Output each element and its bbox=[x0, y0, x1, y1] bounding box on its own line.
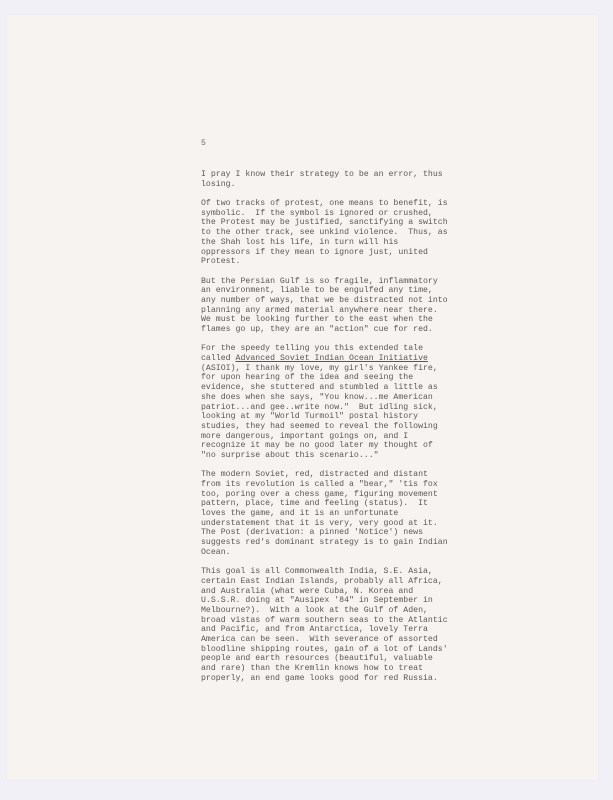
text-line: This goal is all Commonwealth India, S.E… bbox=[201, 567, 481, 577]
text-segment: too, poring over a chess game, figuring … bbox=[201, 490, 438, 499]
text-line: But the Persian Gulf is so fragile, infl… bbox=[201, 277, 481, 287]
text-segment: Protest. bbox=[201, 257, 240, 266]
text-line: and rare) than the Kremlin knows how to … bbox=[201, 664, 481, 674]
text-line: properly, an end game looks good for red… bbox=[201, 674, 481, 684]
text-line: The modern Soviet, red, distracted and d… bbox=[201, 470, 481, 480]
text-line: looking at my "World Turmoil" postal his… bbox=[201, 412, 481, 422]
text-line: symbolic. If the symbol is ignored or cr… bbox=[201, 209, 481, 219]
text-segment: But the Persian Gulf is so fragile, infl… bbox=[201, 277, 438, 286]
text-segment: the Shah lost his life, in turn will his bbox=[201, 238, 398, 247]
underlined-title: Advanced Soviet Indian Ocean Initiative bbox=[236, 354, 428, 363]
text-segment: This goal is all Commonwealth India, S.E… bbox=[201, 567, 433, 576]
text-segment: Ocean. bbox=[201, 548, 231, 557]
text-line: certain East Indian Islands, probably al… bbox=[201, 577, 481, 587]
text-line: flames go up, they are an "action" cue f… bbox=[201, 325, 481, 335]
document-page: 5 I pray I know their strategy to be an … bbox=[7, 15, 598, 780]
text-line: losing. bbox=[201, 180, 481, 190]
text-line: Of two tracks of protest, one means to b… bbox=[201, 199, 481, 209]
text-segment: Melbourne?). With a look at the Gulf of … bbox=[201, 606, 428, 615]
text-segment: U.S.S.R. doing at "Ausipex '84" in Septe… bbox=[201, 596, 433, 605]
text-segment: The Post (derivation: a pinned 'Notice')… bbox=[201, 528, 423, 537]
text-segment: For the speedy telling you this extended… bbox=[201, 344, 423, 353]
text-line: bloodline shipping routes, gain of a lot… bbox=[201, 645, 481, 655]
text-segment: for upon hearing of the idea and seeing … bbox=[201, 373, 413, 382]
text-line: patriot...and gee..write now." But idlin… bbox=[201, 403, 481, 413]
text-segment: studies, they had seemed to reveal the f… bbox=[201, 422, 438, 431]
text-segment: people and earth resources (beautiful, v… bbox=[201, 654, 433, 663]
text-segment: broad vistas of warm southern seas to th… bbox=[201, 616, 448, 625]
text-line: I pray I know their strategy to be an er… bbox=[201, 170, 481, 180]
text-line: oppressors if they mean to ignore just, … bbox=[201, 248, 481, 258]
text-segment: and Australia (what were Cuba, N. Korea … bbox=[201, 587, 413, 596]
paragraph: The modern Soviet, red, distracted and d… bbox=[201, 470, 481, 557]
text-line: planning any armed material anywhere nea… bbox=[201, 306, 481, 316]
text-segment: loves the game, and it is an unfortunate bbox=[201, 509, 398, 518]
text-segment: and rare) than the Kremlin knows how to … bbox=[201, 664, 423, 673]
text-segment: evidence, she stuttered and stumbled a l… bbox=[201, 383, 438, 392]
text-line: understatement that it is very, very goo… bbox=[201, 519, 481, 529]
text-line: Melbourne?). With a look at the Gulf of … bbox=[201, 606, 481, 616]
text-segment: Of two tracks of protest, one means to b… bbox=[201, 199, 448, 208]
text-segment: suggests red's dominant strategy is to g… bbox=[201, 538, 448, 547]
text-segment: pattern, place, time and feeling (status… bbox=[201, 499, 428, 508]
text-line: from its revolution is called a "bear," … bbox=[201, 480, 481, 490]
text-segment: more dangerous, important goings on, and… bbox=[201, 432, 408, 441]
text-line: any number of ways, that we be distracte… bbox=[201, 296, 481, 306]
text-line: U.S.S.R. doing at "Ausipex '84" in Septe… bbox=[201, 596, 481, 606]
text-segment: The modern Soviet, red, distracted and d… bbox=[201, 470, 428, 479]
text-line: studies, they had seemed to reveal the f… bbox=[201, 422, 481, 432]
document-body: I pray I know their strategy to be an er… bbox=[201, 170, 481, 693]
text-line: and Pacific, and from Antarctica, lovely… bbox=[201, 625, 481, 635]
text-segment: called bbox=[201, 354, 236, 363]
text-line: and Australia (what were Cuba, N. Korea … bbox=[201, 587, 481, 597]
text-line: called Advanced Soviet Indian Ocean Init… bbox=[201, 354, 481, 364]
text-line: people and earth resources (beautiful, v… bbox=[201, 654, 481, 664]
text-line: recognize it may be no good later my tho… bbox=[201, 441, 481, 451]
text-line: For the speedy telling you this extended… bbox=[201, 344, 481, 354]
text-line: the Protest may be justified, sanctifyin… bbox=[201, 218, 481, 228]
text-line: We must be looking further to the east w… bbox=[201, 315, 481, 325]
text-line: too, poring over a chess game, figuring … bbox=[201, 490, 481, 500]
text-line: loves the game, and it is an unfortunate bbox=[201, 509, 481, 519]
page-number: 5 bbox=[201, 139, 206, 148]
text-line: for upon hearing of the idea and seeing … bbox=[201, 373, 481, 383]
text-line: she does when she says, "You know...me A… bbox=[201, 393, 481, 403]
text-line: America can be seen. With severance of a… bbox=[201, 635, 481, 645]
text-segment: to the other track, see unkind violence.… bbox=[201, 228, 448, 237]
text-segment: the Protest may be justified, sanctifyin… bbox=[201, 218, 448, 227]
text-segment: losing. bbox=[201, 180, 236, 189]
paragraph: This goal is all Commonwealth India, S.E… bbox=[201, 567, 481, 683]
text-segment: We must be looking further to the east w… bbox=[201, 315, 433, 324]
text-line: to the other track, see unkind violence.… bbox=[201, 228, 481, 238]
text-line: (ASIOI), I thank my love, my girl's Yank… bbox=[201, 364, 481, 374]
text-segment: (ASIOI), I thank my love, my girl's Yank… bbox=[201, 364, 438, 373]
text-segment: an environment, liable to be engulfed an… bbox=[201, 286, 433, 295]
text-segment: looking at my "World Turmoil" postal his… bbox=[201, 412, 418, 421]
text-line: Ocean. bbox=[201, 548, 481, 558]
text-segment: symbolic. If the symbol is ignored or cr… bbox=[201, 209, 433, 218]
text-segment: America can be seen. With severance of a… bbox=[201, 635, 438, 644]
text-segment: oppressors if they mean to ignore just, … bbox=[201, 248, 428, 257]
text-line: more dangerous, important goings on, and… bbox=[201, 432, 481, 442]
text-segment: understatement that it is very, very goo… bbox=[201, 519, 438, 528]
text-segment: patriot...and gee..write now." But idlin… bbox=[201, 403, 438, 412]
text-line: the Shah lost his life, in turn will his bbox=[201, 238, 481, 248]
text-segment: planning any armed material anywhere nea… bbox=[201, 306, 438, 315]
text-line: Protest. bbox=[201, 257, 481, 267]
text-line: evidence, she stuttered and stumbled a l… bbox=[201, 383, 481, 393]
text-line: The Post (derivation: a pinned 'Notice')… bbox=[201, 528, 481, 538]
text-line: "no surprise about this scenario..." bbox=[201, 451, 481, 461]
text-segment: certain East Indian Islands, probably al… bbox=[201, 577, 443, 586]
text-segment: flames go up, they are an "action" cue f… bbox=[201, 325, 433, 334]
paragraph: For the speedy telling you this extended… bbox=[201, 344, 481, 460]
text-line: an environment, liable to be engulfed an… bbox=[201, 286, 481, 296]
text-segment: any number of ways, that we be distracte… bbox=[201, 296, 448, 305]
text-segment: properly, an end game looks good for red… bbox=[201, 674, 438, 683]
text-segment: and Pacific, and from Antarctica, lovely… bbox=[201, 625, 428, 634]
text-line: pattern, place, time and feeling (status… bbox=[201, 499, 481, 509]
text-line: broad vistas of warm southern seas to th… bbox=[201, 616, 481, 626]
text-segment: I pray I know their strategy to be an er… bbox=[201, 170, 443, 179]
paragraph: Of two tracks of protest, one means to b… bbox=[201, 199, 481, 267]
text-segment: "no surprise about this scenario..." bbox=[201, 451, 379, 460]
text-segment: from its revolution is called a "bear," … bbox=[201, 480, 438, 489]
text-segment: recognize it may be no good later my tho… bbox=[201, 441, 433, 450]
text-segment: she does when she says, "You know...me A… bbox=[201, 393, 433, 402]
text-line: suggests red's dominant strategy is to g… bbox=[201, 538, 481, 548]
paragraph: But the Persian Gulf is so fragile, infl… bbox=[201, 277, 481, 335]
text-segment: bloodline shipping routes, gain of a lot… bbox=[201, 645, 448, 654]
paragraph: I pray I know their strategy to be an er… bbox=[201, 170, 481, 189]
